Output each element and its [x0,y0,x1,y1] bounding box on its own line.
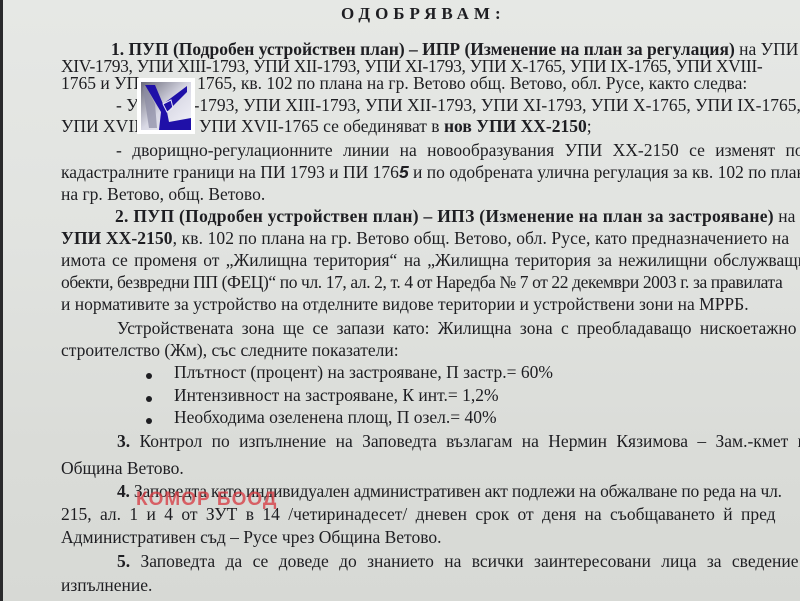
scan-edge [0,0,3,601]
section-5-line-1: 5. Заповедта да се доведе до знанието на… [117,551,800,571]
bullet-icon [146,396,152,402]
company-logo-icon [137,78,195,134]
indicator-green-area: Необходима озеленена площ, П озел.= 40% [174,407,497,427]
zone-line-2: строителство (Жм), със следните показате… [61,340,399,360]
section-3-line-1: 3. Контрол по изпълнение на Заповедта въ… [117,431,800,451]
approval-title: ОДОБРЯВАМ: [341,4,506,24]
section-2-line-4: обекти, безвредни ПП (ФЕЦ)“ по чл. 17, а… [61,272,782,292]
bullet-icon [146,418,152,424]
document-page: ОДОБРЯВАМ: 1. ПУП (Подробен устройствен … [3,0,800,601]
indicator-intensity: Интензивност на застрояване, К инт.= 1,2… [174,385,499,405]
indicator-density: Плътност (процент) на застрояване, П зас… [174,362,553,382]
section-1-line-4: - У-1793, УПИ XIII-1793, УПИ XII-1793, У… [116,95,800,115]
section-5-line-2: изпълнение. [61,575,152,595]
section-2-line-2: УПИ XX-2150, кв. 102 по плана на гр. Вет… [61,228,789,248]
section-3-line-2: Община Ветово. [61,458,184,478]
bullet-icon [146,373,152,379]
section-1-line-6: - дворищно-регулационните линии на новоо… [116,140,800,160]
watermark-stamp: КОМОР БООД [136,489,277,511]
section-4-line-3: Административен съд – Русе чрез Община В… [61,527,442,547]
section-1-line-8: на гр. Ветово, общ. Ветово. [61,184,265,204]
zone-line-1: Устройствената зона ще се запази като: Ж… [117,318,797,338]
section-1-line-7: кадастралните граници на ПИ 1793 и ПИ 17… [61,162,800,182]
section-2-line-3: имота се променя от „Жилищна територия“ … [61,250,800,270]
section-2-line-5: и нормативите за устройство на отделните… [61,294,749,314]
section-2-heading: 2. ПУП (Подробен устройствен план) – ИПЗ… [115,206,795,226]
